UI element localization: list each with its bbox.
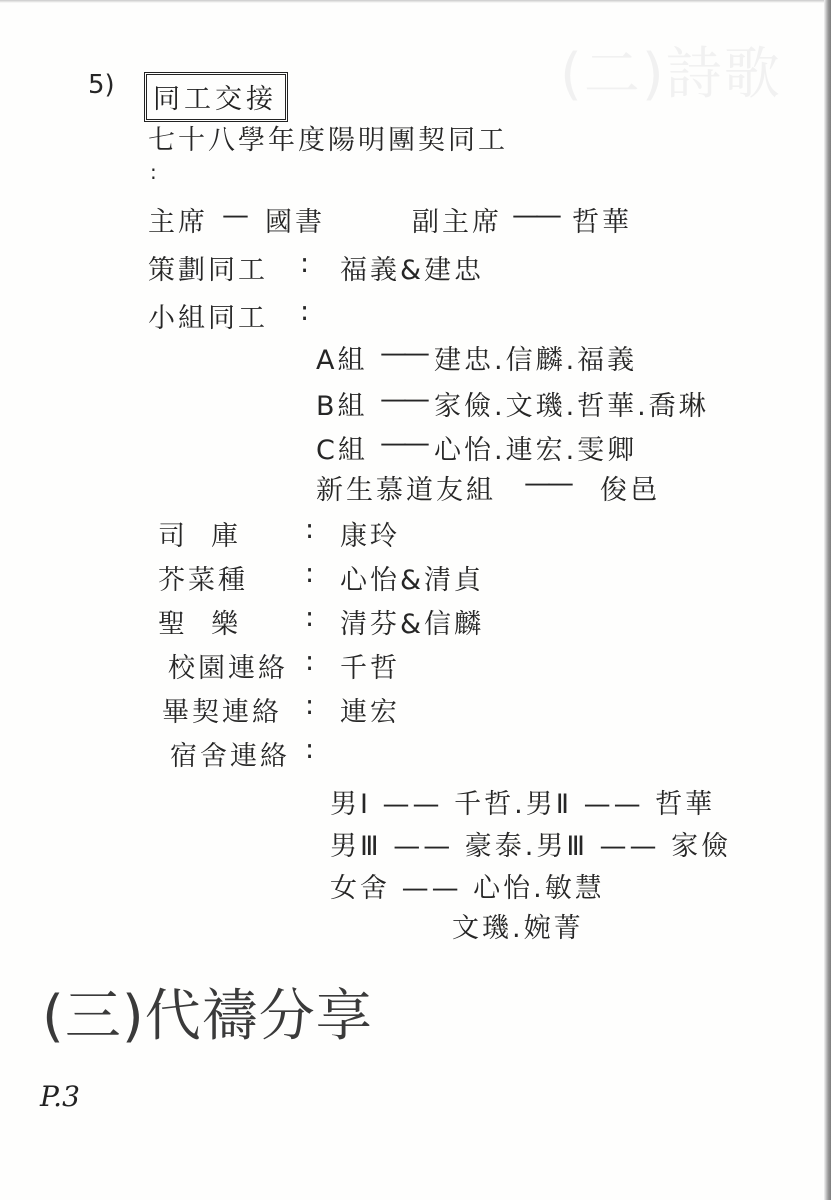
duty-colon-mustardseed: : <box>305 558 317 589</box>
duty-colon-music: : <box>305 602 317 633</box>
vice-chair-label: 副主席 <box>412 200 502 239</box>
dorm-line-1: 男Ⅰ —— 千哲.男Ⅱ —— 哲華 <box>330 782 715 821</box>
group-newcomer-dash: —— <box>524 468 570 499</box>
duty-value-treasurer: 康玲 <box>340 514 400 553</box>
duty-value-music: 清芬&信麟 <box>340 602 484 641</box>
duty-value-alumni: 連宏 <box>340 690 400 729</box>
page-number: P.3 <box>40 1080 80 1113</box>
duty-colon-campus: : <box>305 646 317 677</box>
group-b-dash: —— <box>380 384 426 415</box>
section-number: 5) <box>88 70 115 100</box>
role-colon-planning: : <box>300 248 312 279</box>
section-subtitle: 七十八學年度陽明團契同工 <box>148 118 508 157</box>
dorm-line-3: 女舍 —— 心怡.敏慧 <box>330 866 605 905</box>
group-c-name: C組 <box>316 428 368 467</box>
section-title: 同工交接 <box>144 72 288 122</box>
duty-label-mustardseed: 芥菜種 <box>158 558 248 597</box>
subtitle-colon: : <box>150 160 160 184</box>
group-c-dash: —— <box>380 428 426 459</box>
duty-label-music: 聖 樂 <box>158 602 241 641</box>
duty-colon-dorm: : <box>305 734 317 765</box>
duty-colon-alumni: : <box>305 690 317 721</box>
group-newcomer-name: 新生慕道友組 <box>316 468 496 507</box>
role-label-planning: 策劃同工 <box>148 248 268 287</box>
duty-label-treasurer: 司 庫 <box>158 514 241 553</box>
group-c-members: 心怡.連宏.雯卿 <box>434 428 637 467</box>
scanned-page: (二)詩歌 5) 同工交接 七十八學年度陽明團契同工 : 主席 — 國書 副主席… <box>0 0 831 1200</box>
group-a-members: 建忠.信麟.福義 <box>434 338 637 377</box>
scan-edge-top <box>0 0 831 3</box>
duty-value-mustardseed: 心怡&清貞 <box>340 558 484 597</box>
dorm-line-4: 文璣.婉菁 <box>452 906 584 945</box>
chair-label: 主席 <box>148 200 208 239</box>
scan-edge-right <box>824 0 831 1200</box>
vice-chair-name: 哲華 <box>572 200 632 239</box>
group-b-members: 家儉.文璣.哲華.喬琳 <box>434 384 709 423</box>
bleed-through-text: (二)詩歌 <box>560 30 782 110</box>
group-b-name: B組 <box>316 384 368 423</box>
chair-dash: — <box>222 200 252 231</box>
role-label-smallgroup: 小組同工 <box>148 296 268 335</box>
next-section-heading: (三)代禱分享 <box>42 972 373 1052</box>
role-value-planning: 福義&建忠 <box>340 248 484 287</box>
group-newcomer-members: 俊邑 <box>600 468 660 507</box>
duty-label-dorm: 宿舍連絡 <box>170 734 290 773</box>
dorm-line-2: 男Ⅲ —— 豪泰.男Ⅲ —— 家儉 <box>330 824 731 863</box>
duty-colon-treasurer: : <box>305 514 317 545</box>
duty-label-campus: 校園連絡 <box>168 646 288 685</box>
role-colon-smallgroup: : <box>300 296 312 327</box>
group-a-dash: —— <box>380 338 426 369</box>
chair-name: 國書 <box>265 200 325 239</box>
group-a-name: A組 <box>316 338 367 377</box>
duty-label-alumni: 畢契連絡 <box>162 690 282 729</box>
vice-chair-dash: —— <box>512 200 558 231</box>
duty-value-campus: 千哲 <box>340 646 400 685</box>
